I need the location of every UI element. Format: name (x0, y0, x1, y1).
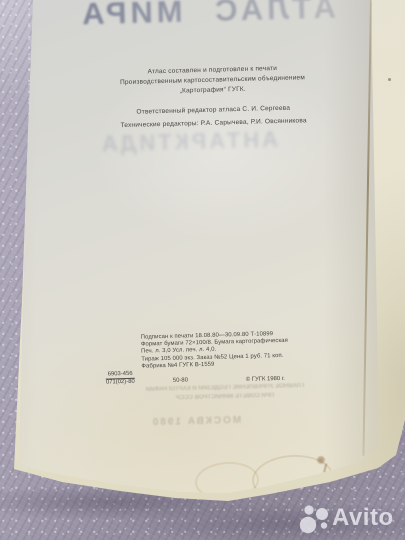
printed-text-layer: Атлас составлен и подготовлен к печати П… (0, 0, 405, 540)
imprint-block: Подписан к печати 18.08.80—30.09.80 Т-10… (141, 330, 317, 371)
colophon-page: АТЛАС МИРА АНТАРКТИДА ГЛАВНОЕ УПРАВЛЕНИЕ… (0, 0, 405, 540)
catalog-code-suffix: 50-80 (173, 377, 188, 383)
book-photo: АТЛАС МИРА АНТАРКТИДА ГЛАВНОЕ УПРАВЛЕНИЕ… (0, 0, 405, 540)
copyright-line: © ГУГК 1980 г. (246, 376, 285, 383)
avito-logo-icon (296, 501, 330, 535)
avito-watermark: Avito (296, 498, 402, 538)
credits-block: Атлас составлен и подготовлен к печати П… (90, 62, 337, 131)
catalog-code: 6903-456 071(02)-80 (106, 371, 135, 387)
catalog-code-denominator: 071(02)-80 (106, 379, 135, 387)
avito-watermark-label: Avito (332, 501, 394, 535)
paper-speck (388, 78, 391, 81)
brown-stain (317, 456, 325, 464)
